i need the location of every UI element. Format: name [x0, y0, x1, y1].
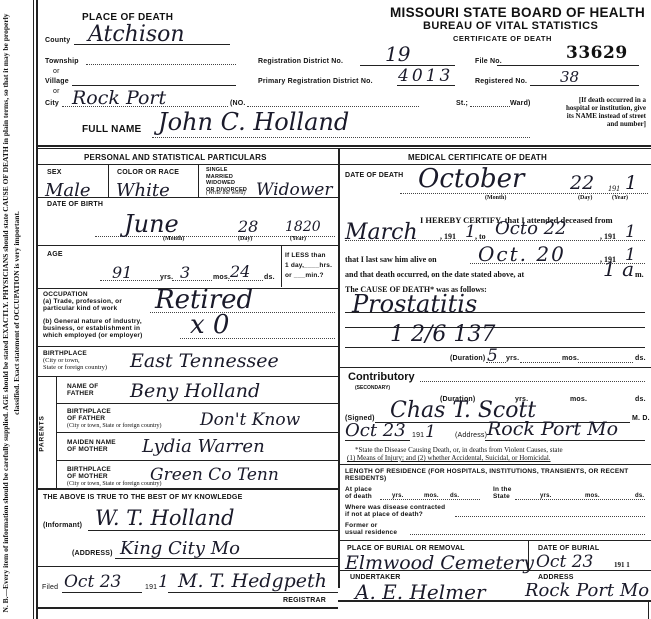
file-no-value: 33629 — [566, 43, 628, 63]
age-days-value[interactable]: 24 — [230, 262, 250, 281]
village-label: Village — [45, 78, 69, 85]
bureau-title: BUREAU OF VITAL STATISTICS — [423, 20, 598, 32]
burial-date-label: DATE OF BURIAL — [538, 545, 599, 552]
burial-place-label: PLACE OF BURIAL OR REMOVAL — [347, 545, 465, 552]
registrar-label: REGISTRAR — [283, 597, 326, 604]
to-year-prefix: , 191 — [600, 232, 616, 241]
informant-value[interactable]: W. T. Holland — [95, 506, 234, 530]
day-caption: (Day) — [578, 195, 592, 201]
ward-label: Ward) — [510, 100, 531, 107]
ds-label: ds. — [264, 274, 275, 281]
certificate-title: CERTIFICATE OF DEATH — [453, 34, 552, 43]
burial-year-value: 191 1 — [614, 561, 630, 569]
dob-day-value[interactable]: 28 — [238, 217, 258, 236]
from-year-prefix: , 191 — [440, 232, 456, 241]
county-value[interactable]: Atchison — [88, 22, 185, 47]
or-label: or — [53, 88, 60, 95]
city-value[interactable]: Rock Port — [72, 87, 166, 109]
mos-label: mos. — [570, 396, 587, 403]
ds-label: ds. — [635, 396, 646, 403]
dod-day-value[interactable]: 22 — [570, 172, 594, 194]
center-divider — [338, 148, 340, 588]
dod-month-value[interactable]: October — [418, 164, 524, 194]
mother-birthplace-value[interactable]: Green Co Tenn — [150, 465, 279, 485]
duration-years-value[interactable]: 5 — [487, 346, 498, 366]
parents-side-label: PARENTS — [39, 415, 46, 451]
ds-label: ds. — [450, 493, 459, 499]
dob-year-value[interactable]: 1820 — [285, 219, 321, 235]
full-name-label: FULL NAME — [82, 124, 141, 135]
dod-label: DATE OF DEATH — [345, 172, 403, 179]
at-place-label: At place of death — [345, 486, 372, 500]
occupation-a-label: OCCUPATION (a) Trade, profession, or par… — [43, 291, 122, 312]
contracted-label: Where was disease contracted if not at p… — [345, 504, 445, 518]
board-title: MISSOURI STATE BOARD OF HEALTH — [390, 5, 645, 20]
physician-address-label: (Address) — [455, 432, 487, 439]
registration-district-value[interactable]: 19 — [385, 42, 410, 66]
medical-heading: MEDICAL CERTIFICATE OF DEATH — [408, 153, 547, 162]
to-label: , to — [475, 232, 486, 241]
dob-label: DATE OF BIRTH — [47, 201, 103, 208]
signed-date-value[interactable]: Oct 23 — [345, 420, 406, 441]
physician-address-value[interactable]: Rock Port Mo — [487, 418, 618, 440]
mos-label: mos. — [562, 355, 579, 362]
cause-line2-value[interactable]: 1 2/6 137 — [390, 322, 495, 347]
time-of-death-value[interactable]: 1 a — [603, 257, 634, 281]
last-saw-value[interactable]: Oct. 20 — [478, 242, 566, 266]
yrs-label: yrs. — [540, 493, 551, 499]
dob-month-value[interactable]: June — [124, 210, 179, 238]
father-birthplace-label: BIRTHPLACE OF FATHER — [67, 408, 111, 422]
ds-label: ds. — [635, 493, 644, 499]
attended-to-value[interactable]: Octo 22 — [495, 218, 567, 239]
filed-year-prefix: 191 — [145, 584, 157, 591]
year-caption: (Year) — [290, 236, 306, 242]
filed-year-value[interactable]: 1 — [158, 572, 169, 592]
death-certificate: N. B.—Every item of information should b… — [0, 0, 651, 619]
or-label: or — [53, 68, 60, 75]
former-residence-label: Former or usual residence — [345, 522, 397, 536]
cause-footnote: *State the Disease Causing Death, or, in… — [347, 446, 563, 462]
registrar-signature[interactable]: M. T. Hedgpeth — [178, 570, 327, 592]
mother-birthplace-label: BIRTHPLACE OF MOTHER — [67, 466, 111, 480]
informant-label: (Informant) — [43, 522, 82, 529]
age-label: AGE — [47, 251, 63, 258]
md-label: M. D. — [632, 415, 650, 422]
contributory-label: Contributory — [348, 371, 415, 383]
cause-value[interactable]: Prostatitis — [352, 290, 477, 318]
township-label: Township — [45, 58, 79, 65]
duration-label: (Duration) — [450, 355, 485, 362]
birthplace-label: BIRTHPLACE — [43, 350, 87, 357]
in-state-label: In the State — [493, 486, 512, 500]
residence-heading: LENGTH OF RESIDENCE (FOR HOSPITALS, INST… — [345, 468, 645, 482]
filed-label: Filed — [42, 584, 58, 591]
informant-address-value[interactable]: King City Mo — [120, 538, 240, 559]
primary-district-value[interactable]: 4013 — [398, 66, 453, 86]
signed-year-value[interactable]: 1 — [425, 422, 436, 442]
margin-instructions: N. B.—Every item of information should b… — [0, 8, 26, 618]
race-label: COLOR OR RACE — [117, 169, 179, 176]
primary-district-label: Primary Registration District No. — [258, 78, 373, 85]
ds-label: ds. — [635, 355, 646, 362]
left-border-inner — [36, 0, 38, 619]
full-name-value[interactable]: John C. Holland — [158, 108, 349, 136]
yrs-label: yrs. — [506, 355, 519, 362]
mos-label: mos. — [424, 493, 439, 499]
left-border — [33, 0, 34, 619]
day-caption: (Day) — [238, 236, 252, 242]
no-label: (NO. — [230, 100, 246, 107]
city-label: City — [45, 100, 59, 107]
burial-date-value[interactable]: Oct 23 — [536, 552, 593, 572]
less-than-label: If LESS than 1 day,____hrs. or ___min.? — [285, 251, 332, 281]
year-caption: (Year) — [612, 195, 628, 201]
sex-label: SEX — [47, 169, 62, 176]
registration-district-label: Registration District No. — [258, 58, 343, 65]
father-birthplace-value[interactable]: Don't Know — [200, 410, 300, 430]
dod-year-prefix: 191 — [608, 184, 620, 193]
occurred-statement: and that death occurred, on the date sta… — [345, 270, 524, 279]
father-name-label: NAME OF FATHER — [67, 383, 98, 397]
month-caption: (Month) — [485, 195, 506, 201]
st-label: St.; — [456, 100, 468, 107]
county-label: County — [45, 37, 70, 44]
m-label: m. — [635, 270, 644, 279]
file-no-label: File No. — [475, 58, 502, 65]
mother-name-value[interactable]: Lydia Warren — [142, 436, 265, 457]
registered-no-label: Registered No. — [475, 78, 527, 85]
age-years-value[interactable]: 91 — [112, 263, 132, 282]
to-year-value[interactable]: 1 — [625, 222, 636, 242]
father-birthplace-sublabel: (City or town, State or foreign country) — [67, 422, 161, 431]
occupation-b-label: (b) General nature of industry, business… — [43, 318, 143, 339]
mother-name-label: MAIDEN NAME OF MOTHER — [67, 439, 116, 453]
age-months-value[interactable]: 3 — [180, 263, 190, 282]
hospital-note: [If death occurred in a hospital or inst… — [560, 96, 646, 128]
informant-address-label: (ADDRESS) — [72, 550, 113, 557]
attended-from-value[interactable]: March — [345, 220, 418, 245]
secondary-label: (SECONDARY) — [355, 385, 390, 391]
marital-label-note: (Write the word) — [206, 190, 245, 196]
dod-year-value[interactable]: 1 — [625, 172, 637, 194]
undertaker-address-value[interactable]: Rock Port Mo — [525, 580, 649, 601]
personal-heading: PERSONAL AND STATISTICAL PARTICULARS — [84, 153, 267, 162]
birthplace-sublabel: (City or town, State or foreign country) — [43, 357, 107, 371]
filed-date-value[interactable]: Oct 23 — [64, 572, 121, 592]
father-name-value[interactable]: Beny Holland — [130, 380, 260, 402]
signed-year-prefix: 191 — [412, 432, 424, 439]
birthplace-value[interactable]: East Tennessee — [130, 350, 279, 372]
yrs-label: yrs. — [392, 493, 403, 499]
occupation-b-value[interactable]: x 0 — [190, 310, 229, 340]
attest-statement: THE ABOVE IS TRUE TO THE BEST OF MY KNOW… — [43, 494, 242, 501]
mos-label: mos. — [585, 493, 600, 499]
last-saw-label: that I last saw him alive on — [345, 255, 437, 264]
registered-no-value[interactable]: 38 — [560, 68, 579, 86]
month-caption: (Month) — [163, 236, 184, 242]
